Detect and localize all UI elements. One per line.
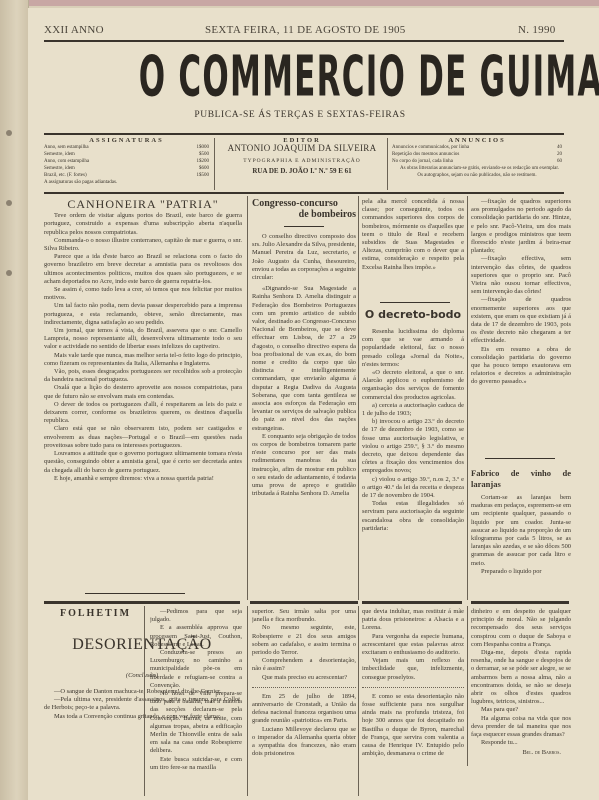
paragraph: Conduzem-se presos ao Luxemburgo; no cam… <box>150 649 242 690</box>
paragraph: pela alta mercê concedida á nossa classe… <box>362 198 464 272</box>
paragraph: Um jornal, que temos á vista, do Brazil,… <box>44 327 242 352</box>
paragraph: Preparado o liquido por <box>471 568 571 576</box>
ad-row-label: No corpo do jornal, cada linha <box>392 158 453 165</box>
issue-number: N. 1990 <box>518 24 556 36</box>
paragraph: Mais vale tarde que nunca, mas melhor se… <box>44 352 242 368</box>
paragraph: Oxalá que a lição do desterro aproveite … <box>44 384 242 400</box>
paragraph: —fixação de quadros superiores aos promu… <box>471 198 571 255</box>
paragraph: c) violou o artigo 39.º, n.os 2, 3.º e o… <box>362 476 464 501</box>
paragraph: Luciano Millevoye declarou que se o impe… <box>252 726 356 759</box>
ad-row-price: 60 <box>557 158 562 165</box>
ornament-divider <box>380 302 450 303</box>
paragraph: E a assembléa approva que processem Sain… <box>150 624 242 649</box>
subscriptions-heading: ASSIGNATURAS <box>44 137 209 144</box>
column-rule <box>247 196 248 600</box>
paragraph: Resenha lucidissima do diploma com que s… <box>362 328 464 369</box>
paragraph: Comprehendem a desorientação, não é assi… <box>252 657 356 673</box>
ads-box: ANNUNCIOS Annuncios e communicados, por … <box>392 137 562 179</box>
ad-row-label: Annuncios e communicados, por linha <box>392 144 469 151</box>
sub-row-label: Semestre, idem <box>44 151 75 158</box>
paragraph: Em 25 de julho de 1894, anniversario de … <box>252 693 356 726</box>
ornament-divider <box>284 226 324 227</box>
paragraph: —fixação effectiva, sem intervenção das … <box>471 255 571 296</box>
header-rule <box>44 40 564 42</box>
paragraph: Um tal facto não podia, nem devia passar… <box>44 302 242 327</box>
ornament-divider <box>485 458 555 459</box>
paragraph: O conselho directivo composto dos srs. J… <box>252 233 356 282</box>
folhetim-col-2: —Pedimos para que seja julgado. E a asse… <box>150 608 242 798</box>
congresso-headline-1: Congresso-concurso <box>252 198 356 209</box>
typography-label: TYPOGRAPHIA E ADMINISTRAÇÃO <box>222 158 382 165</box>
rule-above-info <box>44 133 564 135</box>
canhoneira-headline: CANHONEIRA "PATRIA" <box>44 200 242 208</box>
paragraph: No hotel de Ville prepara-se tudo para a… <box>150 690 242 756</box>
paragraph: superior. Seu irmão salta por uma janell… <box>252 608 356 624</box>
folhetim-col-4: que devia indultar, mas restituir á mãe … <box>362 608 464 768</box>
decreto-headline: O decreto-bodo <box>362 308 464 322</box>
paragraph: Vão, pois, esses desgraçados portuguezes… <box>44 368 242 384</box>
paragraph: Teve ordem de visitar alguns portos do B… <box>44 212 242 237</box>
paragraph: Ha alguma coisa na vida que nos deva pre… <box>471 715 571 740</box>
dotted-divider <box>252 687 356 688</box>
editor-box: EDITOR ANTONIO JOAQUIM DA SILVEIRA TYPOG… <box>222 137 382 175</box>
vinho-headline: Fabrico de vinho de laranjas <box>471 468 571 490</box>
folhetim-rule <box>471 601 569 604</box>
congresso-headline-2: de bombeiros <box>252 209 356 220</box>
ad-row-price: 20 <box>557 151 562 158</box>
paragraph: a) cerceia a auctorisação caduca de 1 de… <box>362 402 464 418</box>
paragraph: No mesmo seguinte, este, Robespierre e 2… <box>252 624 356 657</box>
page-binding <box>0 0 29 800</box>
paragraph: Vejam mais um reflexo da imbecilidade qu… <box>362 657 464 682</box>
paragraph: dinheiro e em despeito de qualquer princ… <box>471 608 571 649</box>
paragraph: Responde tu... <box>471 739 571 747</box>
info-divider <box>387 138 388 190</box>
paragraph: que devia indultar, mas restituir á mãe … <box>362 608 464 633</box>
paragraph: Diga-me, depois d'esta rapida resenha, o… <box>471 649 571 706</box>
editor-name: ANTONIO JOAQUIM DA SILVEIRA <box>222 145 382 152</box>
paragraph: Claro está que se não observarem isto, p… <box>44 425 242 450</box>
folhetim-column-rule <box>247 606 248 796</box>
folhetim-column-rule <box>358 606 359 796</box>
article-congresso-continued: pela alta mercê concedida á nossa classe… <box>362 198 464 294</box>
paragraph: Este busca suicidar-se, e com um tiro fe… <box>150 756 242 772</box>
paragraph: Que mais preciso eu acrescentar? <box>252 674 356 682</box>
paragraph: Eis em resumo a obra de consolidação par… <box>471 346 571 387</box>
paragraph: O dever de todos os portuguezes d'alli, … <box>44 401 242 426</box>
paragraph: «Dignando-se Sua Magestade a Rainha Senh… <box>252 285 356 433</box>
ad-row-price: 40 <box>557 144 562 151</box>
sub-row-price: 1$500 <box>197 172 210 179</box>
folhetim-col-3: superior. Seu irmão salta por uma janell… <box>252 608 356 768</box>
paragraph: Mas para que? <box>471 706 571 714</box>
scan-top-edge <box>0 0 599 6</box>
sub-row-label: Brazil, etc. (F. fortes) <box>44 172 87 179</box>
article-vinho: Fabrico de vinho de laranjas Cortam-se a… <box>471 468 571 600</box>
paragraph: Todas estas illegalidades só serviram pa… <box>362 500 464 533</box>
date-line: SEXTA FEIRA, 11 DE AGOSTO DE 1905 <box>205 24 406 36</box>
rule-below-info <box>44 192 564 194</box>
binding-hole <box>6 200 12 206</box>
folhetim-rule <box>44 601 240 604</box>
ad-row-label: Repetição dos mesmos annuncios <box>392 151 459 158</box>
folhetim-signature: Bel. de Barros. <box>471 749 571 757</box>
sub-row-label: Semestre, idem <box>44 165 75 172</box>
paragraph: E como se esta desorientação não fosse s… <box>362 693 464 759</box>
subscriptions-box: ASSIGNATURAS Anno, sem estampilha1$000 S… <box>44 137 209 186</box>
article-decreto-continued: —fixação de quadros superiores aos promu… <box>471 198 571 460</box>
sub-row-price: $600 <box>199 165 209 172</box>
paragraph: Para vergonha da especie humana, acresce… <box>362 633 464 658</box>
column-rule <box>467 196 468 600</box>
ornament-divider <box>85 593 185 594</box>
year-label: XXII ANNO <box>44 24 104 36</box>
paragraph: —fixação de quadros enormemente superior… <box>471 296 571 345</box>
article-canhoneira: CANHONEIRA "PATRIA" Teve ordem de visita… <box>44 200 242 552</box>
paragraph: E hoje, amanhã e sempre diremos: viva a … <box>44 475 242 483</box>
paragraph: b) invocou o artigo 23.º do decreto de 1… <box>362 418 464 475</box>
paragraph: Se assim é, como tudo leva a crer, só te… <box>44 286 242 302</box>
subscriptions-note: A assignaturas são pagas adiantadas. <box>44 179 209 186</box>
ads-note-autographs: Os autographos, sejam ou não publicados,… <box>392 172 562 179</box>
paragraph: Parece que a ida d'este barco ao Brazil … <box>44 253 242 286</box>
paragraph: —Pedimos para que seja julgado. <box>150 608 242 624</box>
paragraph: Louvamos a attitude que o governo portug… <box>44 450 242 475</box>
sub-row-price: 1$000 <box>197 144 210 151</box>
editor-address: RUA DE D. JOÃO I.º N.º 59 E 61 <box>222 168 382 175</box>
folhetim-column-rule <box>144 606 145 796</box>
sub-row-label: Anno, com estampilha <box>44 158 89 165</box>
column-rule <box>358 196 359 600</box>
folhetim-column-rule <box>467 606 468 766</box>
masthead-title: O COMMERCIO DE GUIMARÃES <box>139 44 461 109</box>
paragraph: «O decreto eleitoral, a que o snr. Alarc… <box>362 369 464 402</box>
sub-row-label: Anno, sem estampilha <box>44 144 89 151</box>
folhetim-col-5: dinheiro e em despeito de qualquer princ… <box>471 608 571 768</box>
binding-hole <box>6 130 12 136</box>
folhetim-rule <box>250 601 358 604</box>
binding-hole <box>6 270 12 276</box>
paragraph: E conquanto seja obrigação de todos os c… <box>252 433 356 499</box>
paragraph: Cortam-se as laranjas bem maduras em ped… <box>471 494 571 568</box>
sub-row-price: 1$200 <box>197 158 210 165</box>
publication-days: PUBLICA-SE ÁS TERÇAS E SEXTAS-FEIRAS <box>40 110 560 120</box>
folhetim-rule <box>362 601 462 604</box>
paragraph: Commanda-o o nosso illustre conterraneo,… <box>44 237 242 253</box>
ads-heading: ANNUNCIOS <box>392 137 562 144</box>
sub-row-price: $500 <box>199 151 209 158</box>
article-congresso: Congresso-concurso de bombeiros O consel… <box>252 198 356 598</box>
dotted-divider <box>362 687 464 688</box>
ads-note-literary: As obras litterarias annunciam-se grátis… <box>392 165 562 172</box>
info-divider <box>214 138 215 190</box>
article-decreto: O decreto-bodo Resenha lucidissima do di… <box>362 308 464 600</box>
folhetim-label: FOLHETIM <box>60 608 131 619</box>
